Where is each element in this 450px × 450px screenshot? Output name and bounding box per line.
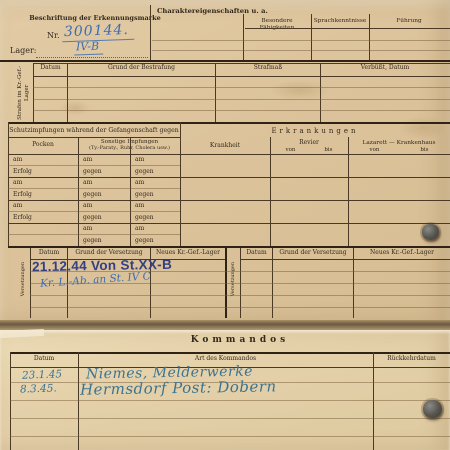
- infirmary-header: Revier: [271, 140, 347, 147]
- rule-line: [33, 63, 34, 122]
- vacc-cell: Erfolg: [8, 212, 78, 224]
- rule-line: [245, 28, 450, 29]
- transfer-newcamp-header-right: Neues Kr.-Gef.-Lager: [354, 250, 450, 257]
- punishments-side-label: Strafen im Kr.-Gef.-Lager: [17, 63, 31, 123]
- rule-line: [8, 223, 450, 224]
- vacc-cell: [8, 235, 78, 247]
- illness-header: Krankheit: [181, 143, 269, 150]
- pow-record-card-scan: Beschriftung der Erkennungsmarke Nr. 300…: [0, 0, 450, 450]
- from-label: von: [285, 147, 295, 153]
- transfer-reason-header-right: Grund der Versetzung: [273, 250, 353, 257]
- rule-line: [215, 63, 216, 122]
- rule-line: [320, 63, 321, 122]
- vacc-cell: gegen: [78, 189, 130, 201]
- rule-line: [240, 259, 450, 260]
- vacc-cell: am: [130, 177, 180, 189]
- rule-line: [311, 14, 312, 60]
- vaccinations-title: Schutzimpfungen während der Gefangenscha…: [8, 127, 180, 134]
- vacc-cell: gegen: [130, 235, 180, 247]
- camp-label: Lager:: [10, 46, 36, 55]
- vacc-cell: Erfolg: [8, 166, 78, 178]
- paper-stain: [60, 100, 90, 116]
- rule-line: [180, 122, 181, 246]
- kommando-date-header: Datum: [10, 356, 78, 363]
- rule-line: [10, 418, 450, 419]
- rule-line: [33, 110, 450, 111]
- vacc-cell: gegen: [130, 212, 180, 224]
- vacc-cell: am: [130, 200, 180, 212]
- rule-line: [0, 60, 450, 62]
- conduct-header: Führung: [370, 18, 448, 25]
- fastener-grommet-lower: [423, 400, 442, 418]
- punishment-reason-header: Grund der Bestrafung: [68, 65, 215, 72]
- fastener-grommet-upper: [422, 224, 439, 240]
- tag-number-label: Nr.: [47, 31, 60, 40]
- rule-line: [152, 40, 450, 41]
- transfer-newcamp-header-left: Neues Kr.-Gef.-Lager: [151, 250, 225, 257]
- camp-handwritten: IV-B: [74, 39, 104, 55]
- rule-line: [33, 99, 450, 100]
- vacc-cell: am: [78, 223, 130, 235]
- rule-line: [369, 14, 370, 60]
- transfer-stamp: 21.12.44 Von St.XX-B: [32, 257, 172, 274]
- rule-line: [8, 122, 450, 124]
- vacc-cell: am: [130, 154, 180, 166]
- punishment-date-header: Datum: [34, 65, 67, 72]
- rule-line: [10, 436, 450, 437]
- rule-line: [150, 5, 151, 60]
- rule-line: [8, 234, 180, 235]
- rule-line: [33, 76, 450, 77]
- to-label: bis: [324, 147, 332, 153]
- transfer-date-header-left: Datum: [31, 250, 67, 257]
- punishment-served-header: Verbüßt, Datum: [321, 65, 449, 72]
- kommandos-title: Kommandos: [20, 335, 450, 345]
- rule-line: [67, 63, 68, 122]
- rule-line: [36, 56, 148, 58]
- rule-line: [152, 50, 450, 51]
- vacc-cell: gegen: [78, 235, 130, 247]
- from-label: von: [369, 147, 379, 153]
- vacc-cell: [8, 223, 78, 235]
- language-skills-header: Sprachkenntnisse: [312, 18, 368, 25]
- punishment-sentence-header: Strafmaß: [216, 65, 320, 72]
- rule-line: [348, 137, 349, 246]
- transfers-side-label-right: Versetzungen: [230, 248, 236, 310]
- rule-line: [8, 211, 180, 212]
- rule-line: [243, 14, 244, 60]
- rule-line: [8, 137, 180, 138]
- infirmary-from-to: von bis: [271, 147, 347, 153]
- rule-line: [8, 200, 450, 201]
- tag-inscription-title: Beschriftung der Erkennungsmarke: [25, 15, 165, 22]
- rule-line: [30, 307, 450, 308]
- kommando-return-header: Rückkehrdatum: [373, 356, 450, 363]
- paper-stain: [270, 80, 330, 100]
- transfer-reason-header-left: Grund der Versetzung: [68, 250, 150, 257]
- rule-line: [8, 165, 180, 166]
- vacc-cell: am: [8, 154, 78, 166]
- rule-line: [33, 87, 450, 88]
- to-label: bis: [420, 147, 428, 153]
- kommandos-card-lower: Kommandos Datum Art des Kommandos Rückke…: [0, 330, 450, 450]
- vacc-cell: gegen: [130, 189, 180, 201]
- kommando-entry-date: 23.1.45: [22, 368, 62, 381]
- rule-line: [8, 188, 180, 189]
- vacc-cell: Erfolg: [8, 189, 78, 201]
- vacc-cell: gegen: [130, 166, 180, 178]
- vacc-cell: am: [78, 154, 130, 166]
- personal-card-upper: Beschriftung der Erkennungsmarke Nr. 300…: [0, 0, 450, 322]
- vacc-cell: gegen: [78, 212, 130, 224]
- illnesses-title: Erkrankungen: [186, 127, 444, 135]
- rule-line: [10, 400, 450, 401]
- hospital-header: Lazarett — Krankenhaus: [349, 140, 449, 147]
- kommando-entry-date: 8.3.45.: [20, 382, 57, 395]
- vacc-cell: am: [78, 177, 130, 189]
- rule-line: [10, 352, 450, 354]
- rule-line: [30, 295, 450, 296]
- rule-line: [8, 177, 450, 178]
- vacc-cell: am: [8, 177, 78, 189]
- vacc-cell: gegen: [78, 166, 130, 178]
- character-traits-title: Charaktereigenschaften u. a.: [157, 8, 268, 16]
- transfers-side-label-left: Versetzungen: [20, 248, 26, 310]
- rule-line: [270, 137, 271, 246]
- transfer-date-header-right: Datum: [241, 250, 272, 257]
- vacc-cell: am: [78, 200, 130, 212]
- hospital-from-to: von bis: [349, 147, 449, 153]
- kommando-entry-detail: Hermsdorf Post: Dobern: [80, 377, 277, 398]
- vacc-cell: am: [130, 223, 180, 235]
- special-abilities-header: Besondere Fähigkeiten: [244, 18, 310, 31]
- smallpox-header: Pocken: [8, 142, 78, 149]
- kommando-type-header: Art des Kommandos: [78, 356, 373, 363]
- vacc-cell: am: [8, 200, 78, 212]
- rule-line: [33, 63, 450, 64]
